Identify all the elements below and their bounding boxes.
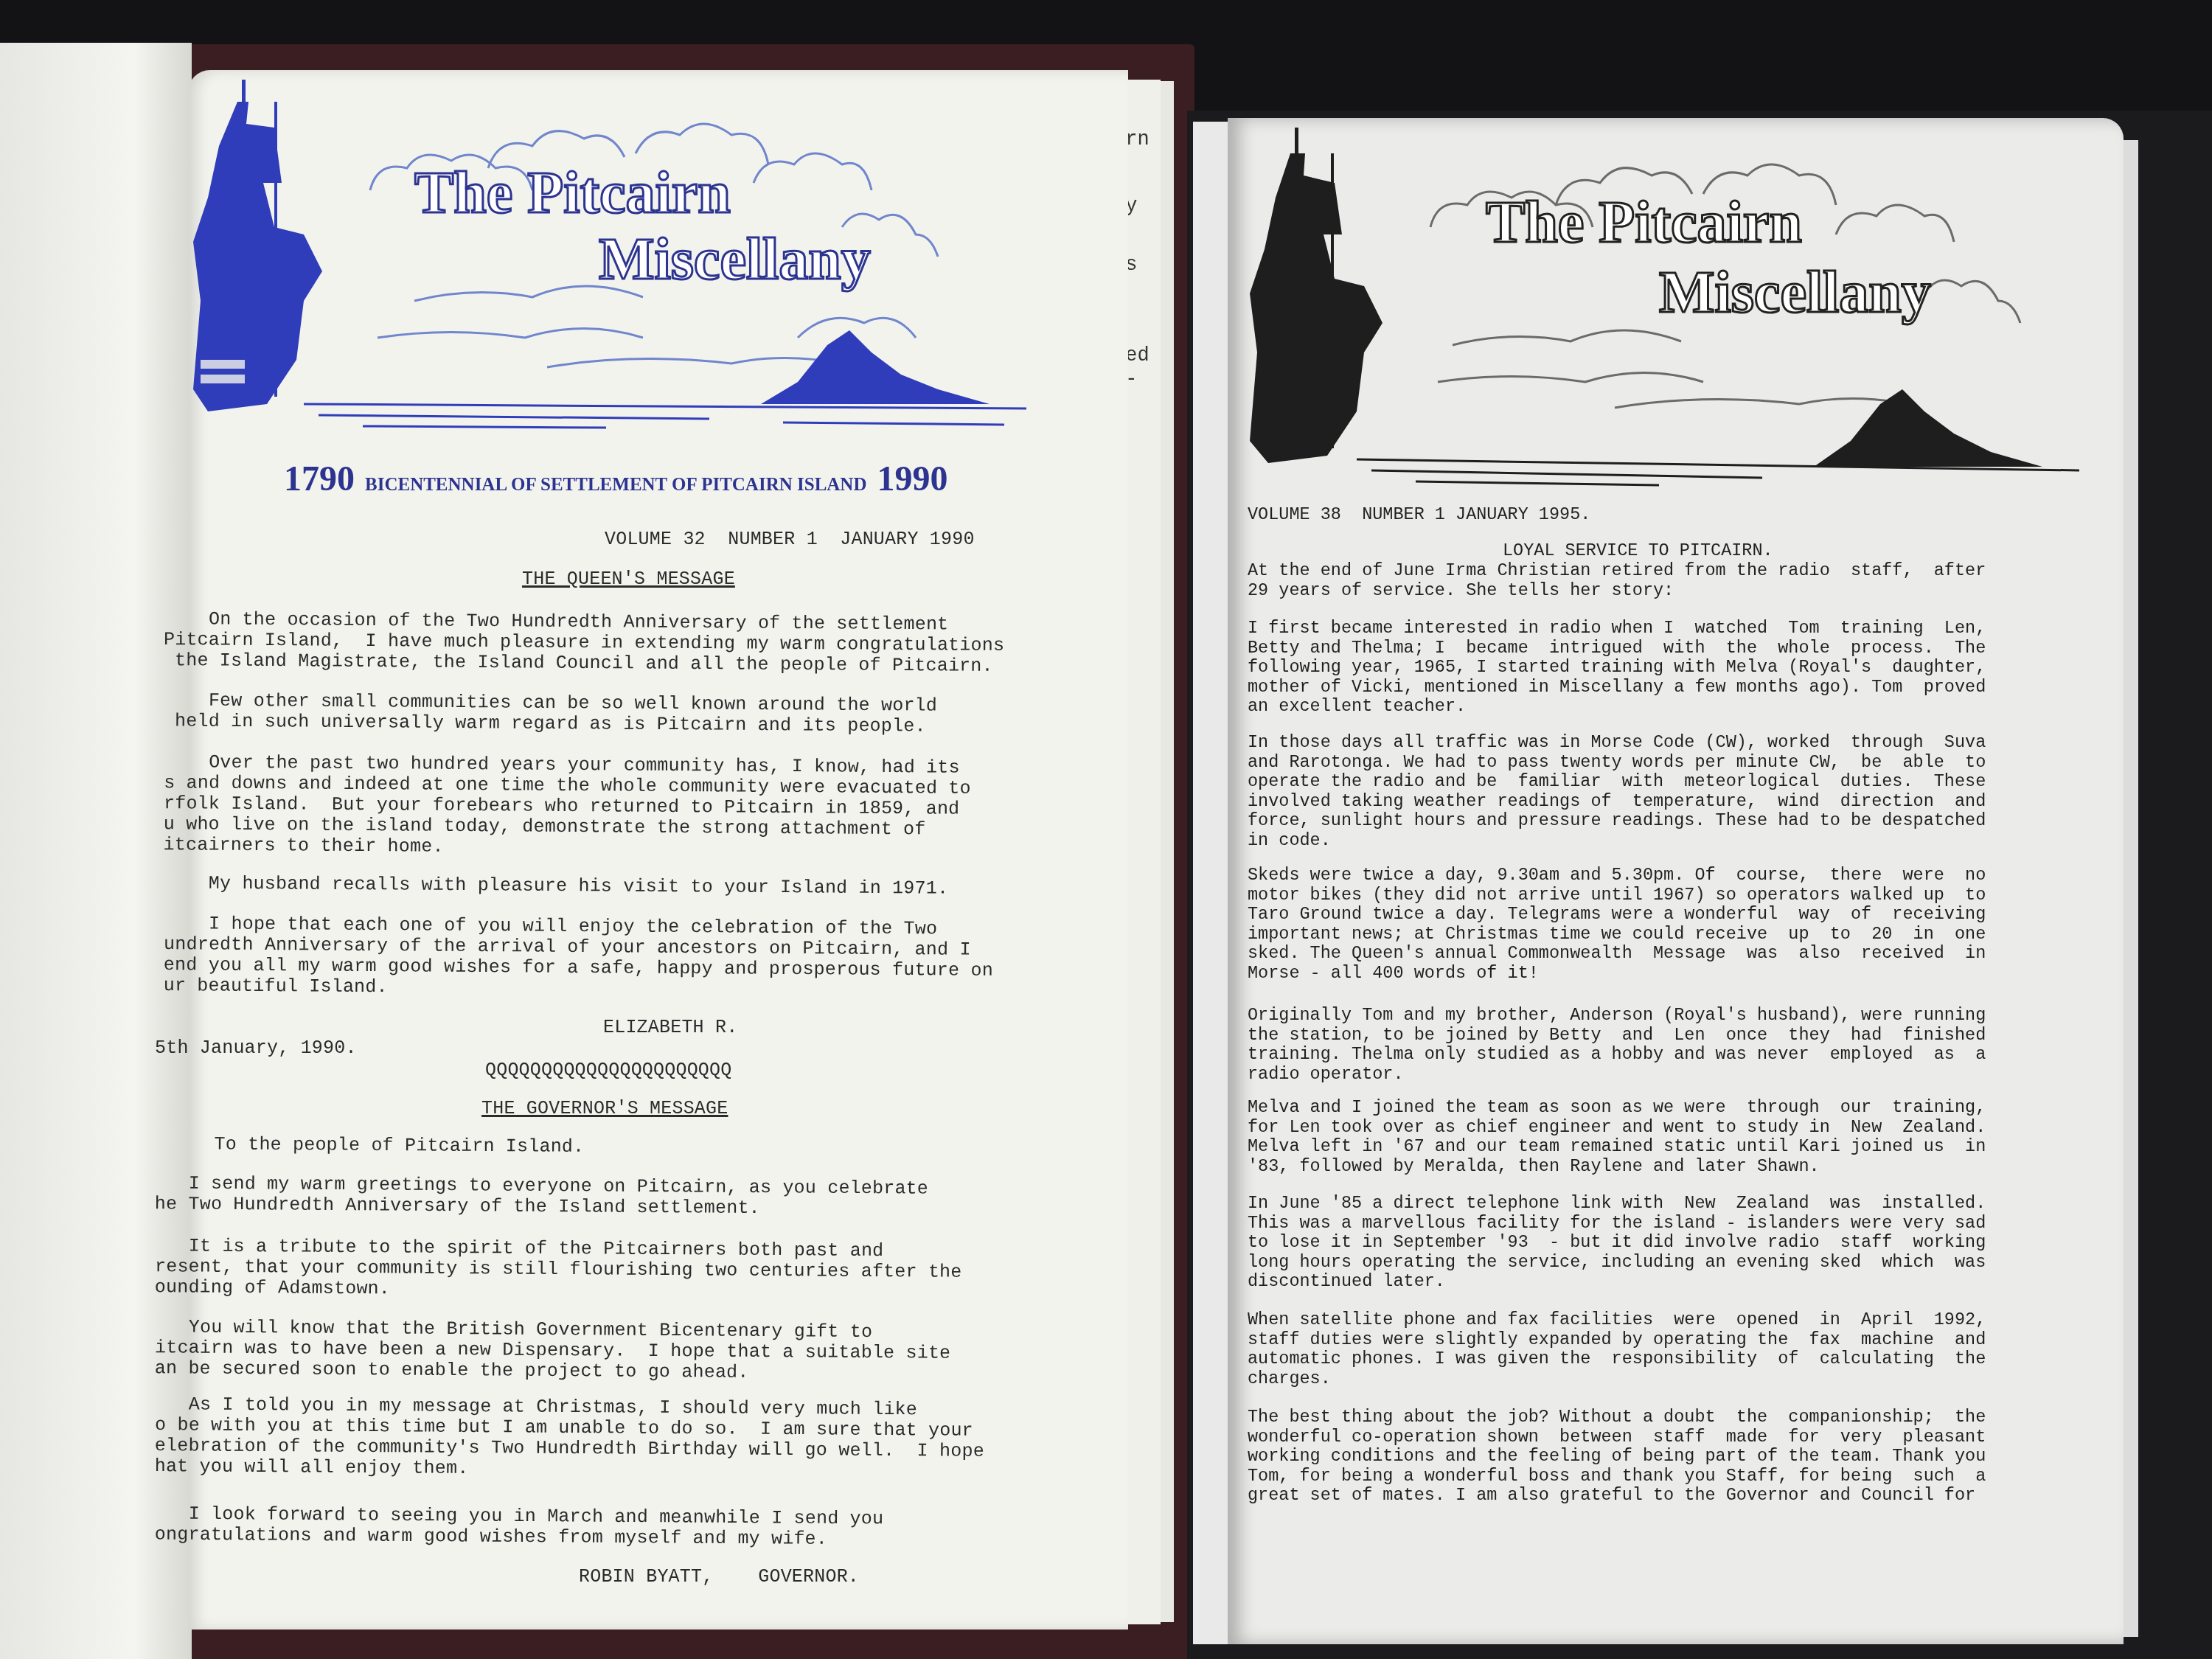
governor-paragraph: It is a tribute to the spirit of the Pit… xyxy=(155,1236,962,1304)
governor-paragraph: As I told you in my message at Christmas… xyxy=(155,1394,985,1483)
ship-and-island-illustration: The Pitcairn Miscellany xyxy=(193,80,1026,448)
masthead-title-line1: The Pitcairn xyxy=(414,161,731,226)
queens-paragraph: On the occasion of the Two Hundredth Ann… xyxy=(164,609,1005,677)
issue-line-1995: VOLUME 38 NUMBER 1 JANUARY 1995. xyxy=(1248,506,1590,526)
article-paragraph: In those days all traffic was in Morse C… xyxy=(1248,734,1986,851)
article-paragraph: Originally Tom and my brother, Anderson … xyxy=(1248,1006,1986,1085)
masthead-1990: The Pitcairn Miscellany xyxy=(193,80,1026,448)
governor-salutation: To the people of Pitcairn Island. xyxy=(181,1134,584,1158)
queens-paragraph: I hope that each one of you will enjoy t… xyxy=(164,914,994,1002)
governors-message-heading: THE GOVERNOR'S MESSAGE xyxy=(481,1099,728,1119)
article-heading: LOYAL SERVICE TO PITCAIRN. xyxy=(1503,542,1773,562)
masthead-title-line2: Miscellany xyxy=(1659,260,1931,325)
article-paragraph: At the end of June Irma Christian retire… xyxy=(1248,562,1986,601)
page-stack-edge xyxy=(1193,122,1231,1644)
masthead-title-line1: The Pitcairn xyxy=(1486,190,1802,255)
governor-paragraph: I look forward to seeing you in March an… xyxy=(155,1504,884,1551)
queen-signature: ELIZABETH R. xyxy=(603,1018,737,1038)
ship-icon xyxy=(1250,128,1382,463)
queens-paragraph: Over the past two hundred years your com… xyxy=(164,752,972,861)
bicentennial-banner: 1790BICENTENNIAL OF SETTLEMENT OF PITCAI… xyxy=(284,459,970,499)
governor-signature: ROBIN BYATT, GOVERNOR. xyxy=(579,1567,859,1587)
queen-message-date: 5th January, 1990. xyxy=(155,1038,357,1059)
ship-and-island-illustration: The Pitcairn Miscellany xyxy=(1246,124,2094,493)
governor-paragraph: You will know that the British Governmen… xyxy=(155,1317,951,1385)
article-paragraph: The best thing about the job? Without a … xyxy=(1248,1408,1986,1506)
banner-year-left: 1790 xyxy=(284,459,355,498)
governor-paragraph: I send my warm greetings to everyone on … xyxy=(155,1173,928,1220)
masthead-title-line2: Miscellany xyxy=(599,227,871,292)
banner-year-right: 1990 xyxy=(877,459,947,498)
island-icon xyxy=(761,330,990,404)
queens-paragraph: Few other small communities can be so we… xyxy=(164,690,937,737)
queens-message-heading: THE QUEEN'S MESSAGE xyxy=(522,569,735,590)
article-paragraph: When satellite phone and fax facilities … xyxy=(1248,1311,1986,1389)
sea-lines xyxy=(304,404,1026,428)
section-separator: QQQQQQQQQQQQQQQQQQQQQQ xyxy=(485,1060,731,1081)
issue-line-1990: VOLUME 32 NUMBER 1 JANUARY 1990 xyxy=(605,529,975,550)
article-paragraph: In June '85 a direct telephone link with… xyxy=(1248,1194,1986,1293)
banner-text: BICENTENNIAL OF SETTLEMENT OF PITCAIRN I… xyxy=(365,475,866,495)
masthead-1995: The Pitcairn Miscellany xyxy=(1246,124,2094,493)
article-paragraph: Skeds were twice a day, 9.30am and 5.30p… xyxy=(1248,866,1986,984)
island-icon xyxy=(1814,389,2042,467)
article-paragraph: Melva and I joined the team as soon as w… xyxy=(1248,1099,1986,1177)
article-paragraph: I first became interested in radio when … xyxy=(1248,619,1986,717)
